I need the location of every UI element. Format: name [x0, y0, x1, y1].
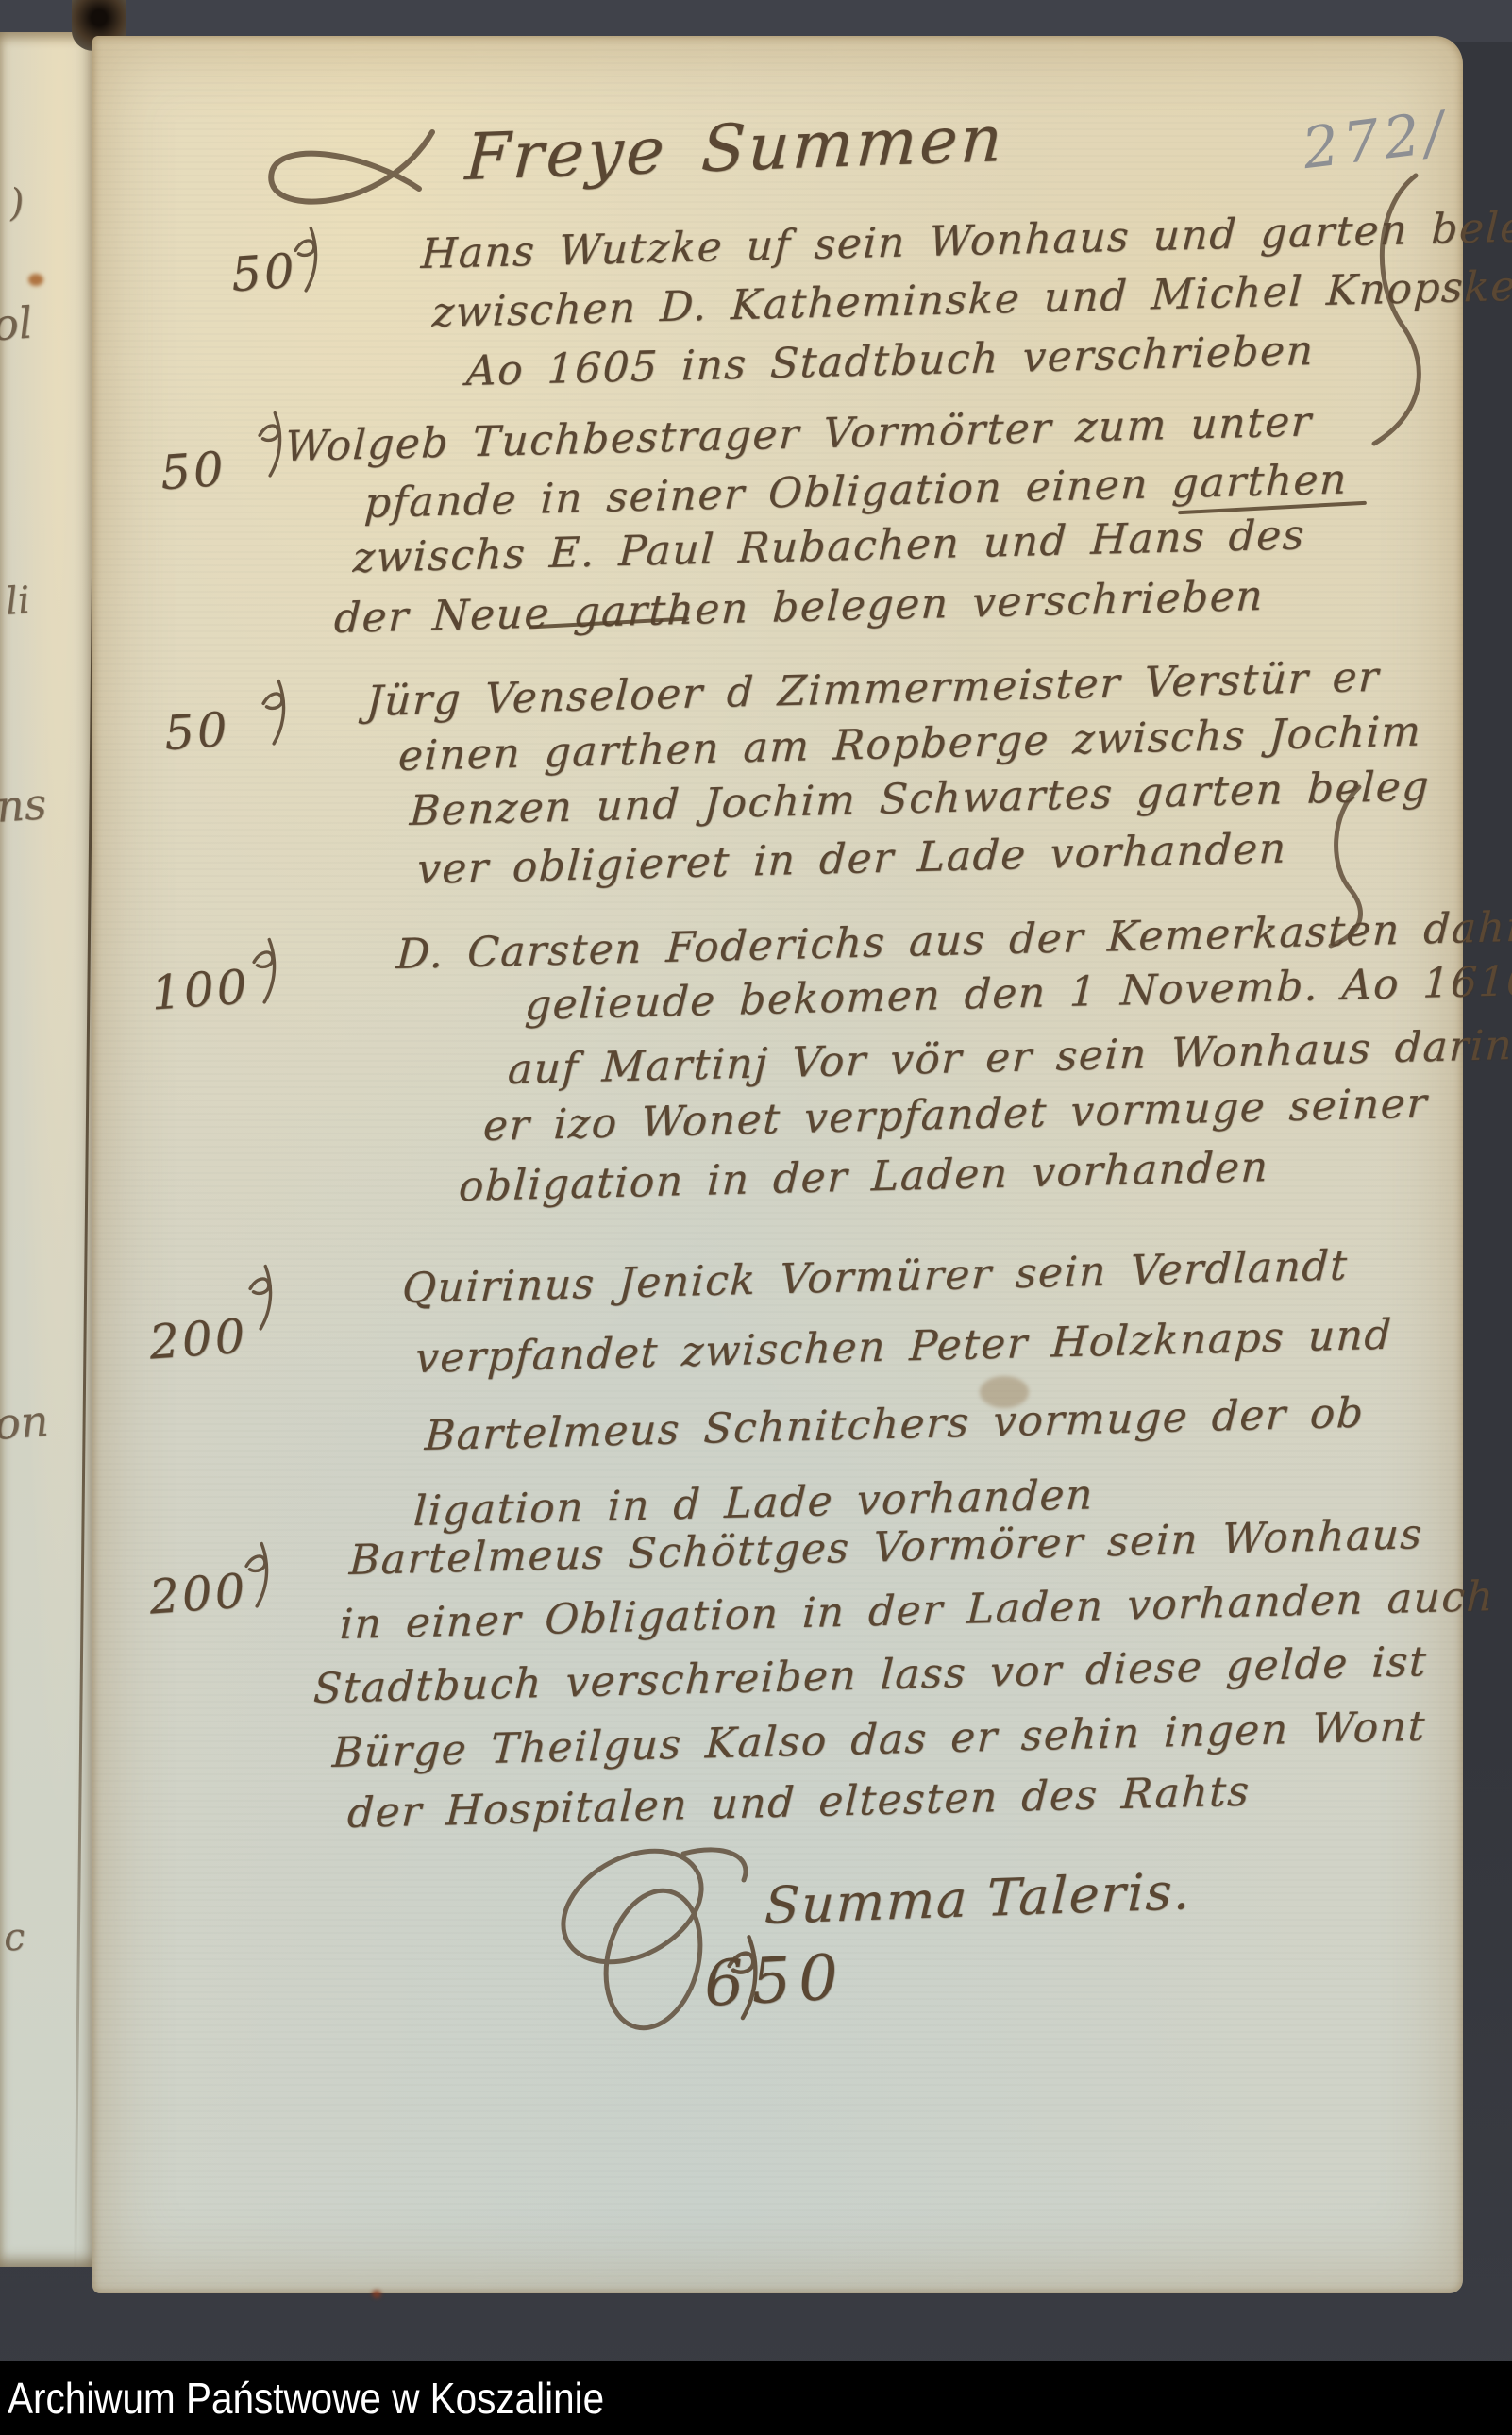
paper-stain: [980, 1376, 1029, 1408]
entry-amount: 200: [147, 1308, 249, 1369]
handwritten-line: der Hospitalen und eltesten des Rahts: [346, 1768, 1252, 1838]
currency-flourish-icon: [249, 932, 281, 1006]
page-heading: Freye Summen: [463, 102, 1006, 195]
facing-page-edge: ) ol li ns on c: [0, 32, 98, 2267]
currency-flourish-icon: [723, 1923, 764, 2027]
entry-amount: 50: [162, 702, 232, 762]
currency-flourish-icon: [245, 1259, 277, 1333]
edge-ink-fragment: ): [8, 181, 25, 226]
paper-stain: [372, 2290, 381, 2298]
handwritten-line: Stadtbuch verschreiben lass vor diese ge…: [312, 1637, 1429, 1713]
edge-ink-fragment: ns: [0, 778, 48, 832]
summa-label: Summa Taleris.: [764, 1861, 1193, 1936]
edge-ink-fragment: li: [4, 579, 31, 624]
archive-photo: ) ol li ns on c 272/ Freye Summen 50 Han…: [0, 0, 1512, 2435]
handwritten-line: der Neue garthen belegen verschrieben: [333, 572, 1265, 643]
margin-flourish: [1350, 168, 1435, 451]
paper-stain: [28, 274, 43, 286]
currency-flourish-icon: [291, 221, 323, 294]
currency-flourish-icon: [242, 1537, 274, 1610]
handwritten-line: obligation in der Laden vorhanden: [458, 1143, 1270, 1211]
entry-amount: 50: [159, 442, 228, 501]
entry-amount: 50: [229, 243, 299, 303]
currency-flourish-icon: [255, 406, 287, 479]
handwritten-line: Bartelmeus Schnitchers vormuge der ob: [424, 1389, 1366, 1460]
edge-ink-fragment: ol: [0, 297, 34, 351]
heading-swash: [244, 121, 442, 234]
handwritten-line: Ao 1605 ins Stadtbuch verschrieben: [465, 327, 1316, 395]
entry-amount: 200: [147, 1563, 249, 1624]
entry-amount: 100: [149, 959, 251, 1020]
handwritten-line: ver obligieret in der Lade vorhanden: [416, 824, 1288, 894]
handwritten-line: Quirinus Jenick Vormürer sein Verdlandt: [401, 1241, 1350, 1313]
manuscript-page: 272/ Freye Summen 50 Hans Wutzke uf sein…: [92, 36, 1463, 2293]
handwritten-line: in einer Obligation in der Laden vorhand…: [339, 1572, 1496, 1649]
currency-flourish-icon: [259, 674, 291, 747]
handwritten-line: Bürge Theilgus Kalso das er sehin ingen …: [331, 1703, 1427, 1777]
archive-caption: Archiwum Państwowe w Koszalinie: [8, 2373, 604, 2424]
caption-bar: Archiwum Państwowe w Koszalinie: [0, 2361, 1512, 2435]
edge-ink-fragment: on: [0, 1395, 50, 1450]
handwritten-line: verpfandet zwischen Peter Holzknaps und: [414, 1311, 1394, 1383]
edge-ink-fragment: c: [2, 1915, 26, 1959]
